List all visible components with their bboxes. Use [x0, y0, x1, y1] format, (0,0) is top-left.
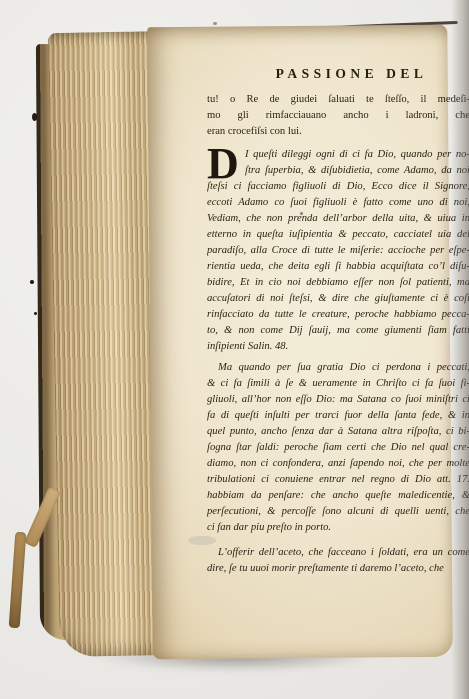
text-line: tu! o Re de giudei ſaluati te ſteſſo, il…: [207, 92, 469, 108]
paragraph-ma-quando: Ma quando per ſua gratia Dio ci perdona …: [207, 360, 469, 536]
text-line: mo gli rimfacciauano ancho i ladroni, ch…: [207, 108, 469, 124]
page-smudge: [188, 536, 216, 545]
photograph-background: PASSIONE DEL tu! o Re de giudei ſaluati …: [0, 0, 469, 699]
text-line: to, & non come Dij ſauij, ma come giumen…: [207, 323, 469, 339]
text-line: L’offerir dell’aceto, che facceano i ſol…: [207, 545, 469, 561]
paragraph-offerir-aceto: L’offerir dell’aceto, che facceano i ſol…: [207, 545, 469, 577]
ink-speck: [34, 312, 37, 315]
text-line: ci fan dar piu preſto in porto.: [207, 520, 469, 536]
printed-text-block: PASSIONE DEL tu! o Re de giudei ſaluati …: [207, 66, 469, 577]
text-line: I queſti dileggi ogni di ci fa Dio, quan…: [245, 147, 469, 163]
text-line: inſipienti Salin. 48.: [207, 339, 469, 355]
text-line: Vediam, che non prenda dell’arbor della …: [207, 211, 469, 227]
text-line: rinfacciato da tutte le creature, peroch…: [207, 307, 469, 323]
running-header: PASSIONE DEL: [233, 66, 469, 82]
text-line: eccoti Adamo co ſuoi figliuoli è fatto c…: [207, 195, 469, 211]
text-line: eran crocefiſsi con lui.: [207, 124, 469, 140]
text-line: accuſatori di noi ſteſsi, & dire che giu…: [207, 291, 469, 307]
right-edge-shadow: [451, 0, 469, 699]
text-line: ſogna ſtar ſaldi: peroche ſiam certi che…: [207, 440, 469, 456]
text-line: etterno in queſta iuſipientia & peccato,…: [207, 227, 469, 243]
ink-speck: [32, 113, 37, 121]
text-line: tribulationi ci conuiene entrar nel regn…: [207, 472, 469, 488]
drop-cap-letter: D: [207, 148, 240, 179]
antique-book: PASSIONE DEL tu! o Re de giudei ſaluati …: [24, 10, 456, 662]
text-line: rientia ueda, che deita egli ſi habbia a…: [207, 259, 469, 275]
text-line: habbiam da penſare: che ancho queſte mal…: [207, 488, 469, 504]
text-line: fa di queſti inſulti per trarci fuor del…: [207, 408, 469, 424]
text-line: quel punto, ancho ſenza dar à Satana alt…: [207, 424, 469, 440]
text-line: & ci fa ſimili à ſe & ueramente in Chriſ…: [207, 376, 469, 392]
text-line: ſteſsi ci facciamo figliuoli di Dio, Ecc…: [207, 179, 469, 195]
background-speck: [213, 22, 217, 25]
paragraph-dropcap-lines: I queſti dileggi ogni di ci fa Dio, quan…: [207, 147, 469, 355]
text-line: gliuoli, all’hor non eſſo Dio: ma Satana…: [207, 392, 469, 408]
page-speck: [300, 212, 303, 215]
text-line: paradiſo, alla Croce di tutte le miſerie…: [207, 243, 469, 259]
text-line: perſecutioni, & percoſſe ſono alcuni di …: [207, 504, 469, 520]
paragraph-intro: tu! o Re de giudei ſaluati te ſteſſo, il…: [207, 92, 469, 140]
text-line: Ma quando per ſua gratia Dio ci perdona …: [207, 360, 469, 376]
ink-speck: [30, 280, 34, 284]
text-line: diamo, non ci confondera, anzi ſapendo n…: [207, 456, 469, 472]
text-line: bidire, Et in cio noi debbiamo eſſer non…: [207, 275, 469, 291]
text-line: ſtra ſuperbia, & diſubidietia, come Adam…: [245, 163, 469, 179]
text-line: dire, ſe tu uuoi morir preſtamente ti da…: [207, 561, 469, 577]
paragraph-dropcap: D I queſti dileggi ogni di ci fa Dio, qu…: [207, 147, 469, 355]
